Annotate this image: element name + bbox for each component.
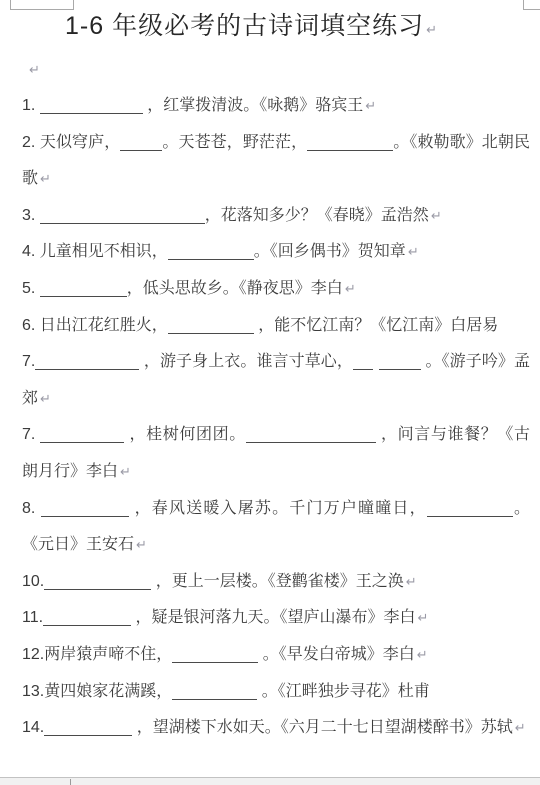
question-text: 12.两岸猿声啼不住， — [22, 646, 172, 663]
fill-in-blank[interactable] — [35, 353, 139, 370]
empty-paragraph: ↵ — [22, 52, 530, 88]
fill-in-blank[interactable] — [40, 97, 143, 114]
question-text: 2. 天似穹庐， — [22, 134, 120, 151]
question-text: 13.黄四娘家花满蹊， — [22, 683, 172, 700]
paragraph-mark-icon: ↵ — [345, 281, 356, 296]
paragraph-mark-icon: ↵ — [417, 647, 428, 662]
question-text: 11. — [22, 609, 43, 626]
question-text: 3. — [22, 207, 40, 224]
fill-in-blank[interactable] — [44, 719, 132, 736]
paragraph-mark-icon: ↵ — [408, 244, 419, 259]
fill-in-blank[interactable] — [40, 426, 124, 443]
question-paragraph: 11. ，疑是银河落九天。《望庐山瀑布》李白↵ — [22, 600, 530, 637]
paragraph-mark-icon: ↵ — [120, 464, 131, 479]
question-paragraph: 7. ，桂树何团团。 ，问言与谁餐？《古朗月行》李白↵ — [22, 417, 530, 490]
paragraph-mark-icon: ↵ — [418, 610, 429, 625]
fill-in-blank[interactable] — [307, 134, 393, 151]
question-text: 7. — [22, 353, 35, 370]
question-paragraph: 12.两岸猿声啼不住， 。《早发白帝城》李白↵ — [22, 637, 530, 674]
fill-in-blank[interactable] — [40, 280, 127, 297]
question-text: 5. — [22, 280, 40, 297]
question-paragraph: 7. ，游子身上衣。谁言寸草心， 。《游子吟》孟郊↵ — [22, 344, 530, 417]
paragraph-mark-icon: ↵ — [29, 62, 40, 77]
fill-in-blank[interactable] — [427, 500, 513, 517]
question-text: ，更上一层楼。《登鹳雀楼》王之涣 — [151, 573, 403, 590]
question-paragraph: 3. ，花落知多少？《春晓》孟浩然↵ — [22, 198, 530, 235]
question-text: 4. 儿童相见不相识， — [22, 243, 168, 260]
question-text: 8. — [22, 500, 41, 517]
question-text: 7. — [22, 426, 40, 443]
question-paragraph: 4. 儿童相见不相识，。《回乡偶书》贺知章↵ — [22, 234, 530, 271]
fill-in-blank[interactable] — [168, 243, 254, 260]
question-text: 1. — [22, 97, 40, 114]
document-body: 1-6 年级必考的古诗词填空练习↵ ↵ 1. ，红掌拨清波。《咏鹅》骆宾王↵2.… — [22, 4, 530, 747]
question-text: 6. 日出江花红胜火， — [22, 317, 168, 334]
question-paragraph: 10. ，更上一层楼。《登鹳雀楼》王之涣↵ — [22, 564, 530, 601]
bottom-status-strip — [0, 777, 540, 785]
question-paragraph: 14. ，望湖楼下水如天。《六月二十七日望湖楼醉书》苏轼↵ — [22, 710, 530, 747]
question-text: ，能不忆江南？《忆江南》白居易 — [254, 317, 498, 334]
question-text: 。天苍苍，野茫茫， — [162, 134, 307, 151]
question-text: 。《早发白帝城》李白 — [258, 646, 414, 663]
question-paragraph: 6. 日出江花红胜火， ，能不忆江南？《忆江南》白居易 — [22, 308, 530, 345]
question-text: ，红掌拨清波。《咏鹅》骆宾王 — [143, 97, 363, 114]
question-paragraph: 13.黄四娘家花满蹊， 。《江畔独步寻花》杜甫 — [22, 674, 530, 711]
fill-in-blank[interactable] — [353, 353, 373, 370]
fill-in-blank[interactable] — [43, 609, 131, 626]
question-text: 14. — [22, 719, 44, 736]
question-text: ，游子身上衣。谁言寸草心， — [139, 353, 353, 370]
paragraph-mark-icon: ↵ — [40, 171, 51, 186]
paragraph-mark-icon: ↵ — [406, 574, 417, 589]
question-text: ，望湖楼下水如天。《六月二十七日望湖楼醉书》苏轼 — [132, 719, 512, 736]
question-text: 。《回乡偶书》贺知章 — [254, 243, 406, 260]
fill-in-blank[interactable] — [120, 134, 162, 151]
fill-in-blank[interactable] — [379, 353, 421, 370]
paragraph-mark-icon: ↵ — [426, 22, 438, 37]
fill-in-blank[interactable] — [40, 207, 205, 224]
question-text: ，桂树何团团。 — [124, 426, 245, 443]
paragraph-mark-icon: ↵ — [136, 537, 147, 552]
fill-in-blank[interactable] — [168, 317, 254, 334]
question-text: ，春风送暖入屠苏。千门万户曈曈日， — [129, 500, 427, 517]
fill-in-blank[interactable] — [41, 500, 129, 517]
page-title-text: 1-6 年级必考的古诗词填空练习 — [65, 12, 424, 40]
bottom-strip-divider — [70, 779, 71, 785]
question-paragraph: 8. ，春风送暖入屠苏。千门万户曈曈日，。《元日》王安石↵ — [22, 491, 530, 564]
question-paragraph: 1. ，红掌拨清波。《咏鹅》骆宾王↵ — [22, 88, 530, 125]
question-paragraph: 5. ，低头思故乡。《静夜思》李白↵ — [22, 271, 530, 308]
document-page: 1-6 年级必考的古诗词填空练习↵ ↵ 1. ，红掌拨清波。《咏鹅》骆宾王↵2.… — [0, 0, 540, 785]
question-text: ，花落知多少？《春晓》孟浩然 — [205, 207, 429, 224]
question-text: ，低头思故乡。《静夜思》李白 — [127, 280, 343, 297]
paragraph-mark-icon: ↵ — [365, 98, 376, 113]
question-list: 1. ，红掌拨清波。《咏鹅》骆宾王↵2. 天似穹庐，。天苍苍，野茫茫，。《敕勒歌… — [22, 88, 530, 747]
question-text: 。《江畔独步寻花》杜甫 — [257, 683, 429, 700]
fill-in-blank[interactable] — [246, 426, 376, 443]
paragraph-mark-icon: ↵ — [431, 208, 442, 223]
fill-in-blank[interactable] — [172, 683, 257, 700]
paragraph-mark-icon: ↵ — [40, 391, 51, 406]
question-text: 10. — [22, 573, 44, 590]
fill-in-blank[interactable] — [172, 646, 258, 663]
paragraph-mark-icon: ↵ — [515, 720, 526, 735]
question-paragraph: 2. 天似穹庐，。天苍苍，野茫茫，。《敕勒歌》北朝民歌↵ — [22, 125, 530, 198]
question-text: ，疑是银河落九天。《望庐山瀑布》李白 — [131, 609, 415, 626]
fill-in-blank[interactable] — [44, 573, 151, 590]
page-title: 1-6 年级必考的古诗词填空练习↵ — [22, 4, 530, 52]
